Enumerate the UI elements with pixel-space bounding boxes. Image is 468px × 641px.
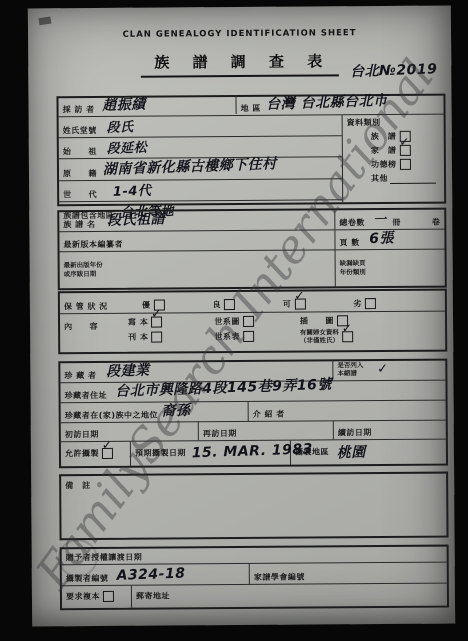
condition-fair-label: 可	[283, 299, 292, 310]
illustrations-label: 插 圖	[300, 316, 334, 326]
interviewee-label: 採 訪 者	[63, 104, 95, 115]
form-paper: CLAN GENEALOGY IDENTIFICATION SHEET 族 譜 …	[28, 6, 455, 627]
section-basic-info: 採 訪 者 趙振績 地 區 台灣 台北縣台北市 姓氏堂號 段氏 始 祖 段延松	[56, 94, 446, 207]
region-label: 地 區	[241, 103, 261, 114]
publication-year-label-line1: 最新出版年份	[64, 261, 103, 269]
first-ancestor-label: 始 祖	[63, 146, 97, 157]
volumes-unit-ce: 冊	[392, 217, 401, 228]
printed-edition-label: 刊 本	[128, 333, 148, 343]
pedigree-chart-checkbox	[243, 316, 254, 327]
request-copy-checkbox	[103, 591, 114, 602]
latest-compiler-label: 最新版本編纂者	[63, 239, 123, 250]
manuscript-checkbox: ✓	[151, 317, 162, 328]
category-family-genealogy-checkbox: ✓	[399, 145, 410, 156]
introducer-label: 介 紹 者	[253, 409, 285, 420]
pedigree-table-label: 世系表	[214, 332, 240, 342]
section-numbering: 贈予者授權讓渡日期 攝製者編號 A324-18 家譜學會編號 要求複本 郵寄地址	[60, 545, 449, 611]
genealogy-title-value: 段氏祖譜	[107, 208, 166, 230]
condition-good-checkbox	[224, 299, 235, 310]
holder-label: 珍 藏 者	[64, 370, 96, 381]
pedigree-chart-label: 世系圖	[214, 317, 240, 327]
surname-hall-label: 姓氏堂號	[63, 125, 97, 136]
remarks-label: 備 註	[65, 480, 91, 491]
total-volumes-value: 一	[372, 209, 386, 228]
category-merit-board-label: 功德榜	[371, 159, 397, 170]
origin-label: 原 籍	[63, 168, 97, 179]
category-merit-board-checkbox	[399, 159, 410, 170]
contents-label: 內 容	[64, 321, 128, 332]
category-other-blank-line	[390, 174, 436, 184]
category-label: 資料類別	[347, 117, 440, 129]
check-mark: ✓	[102, 439, 112, 451]
missing-pages-label-line2: 年份類別	[340, 268, 366, 276]
interviewee-value: 趙振績	[102, 94, 146, 115]
pages-label: 頁 數	[339, 237, 359, 248]
filmer-number-value: A324-18	[116, 566, 185, 584]
expected-filming-date-value: 15. MAR. 1983	[191, 441, 313, 461]
filming-permission-checkbox: ✓	[102, 448, 113, 459]
form-header-english: CLAN GENEALOGY IDENTIFICATION SHEET	[28, 28, 451, 41]
condition-excellent-label: 優	[142, 300, 151, 311]
pedigree-table-checkbox	[243, 331, 254, 342]
printed-edition-checkbox	[151, 332, 162, 343]
first-ancestor-value: 段延松	[106, 137, 147, 157]
condition-poor-label: 劣	[353, 298, 362, 309]
check-mark: ✓	[399, 136, 409, 148]
filming-region-value: 桃園	[336, 441, 366, 462]
women-data-label-line2: （非僅姓氏）	[300, 336, 339, 344]
expected-filming-date-label: 預期攝製日期	[135, 447, 186, 458]
total-volumes-label: 總卷數	[339, 217, 365, 228]
category-other-label: 其他	[371, 173, 388, 184]
holder-position-label: 珍藏者在(家)族中之地位	[65, 410, 158, 422]
category-clan-genealogy-label: 族 譜	[371, 131, 397, 142]
filmer-number-label: 攝製者編號	[66, 573, 109, 584]
manuscript-label: 寫 本	[128, 318, 148, 328]
generations-value: 1-4代	[113, 180, 152, 200]
holder-value: 段建業	[106, 360, 150, 381]
microfilm-inclusion-check: ✓	[377, 361, 389, 376]
check-mark: ✓	[294, 290, 304, 302]
missing-pages-label-line1: 缺漏缺頁	[340, 260, 366, 268]
genealogy-title-label: 族 譜 名	[63, 219, 95, 230]
condition-label: 保 管 狀 況	[64, 301, 142, 313]
section-remarks: 備 註	[59, 472, 448, 541]
followup-visit-date-label: 續訪日期	[338, 427, 372, 438]
scan-artifact-corner	[38, 17, 51, 26]
mailing-address-label: 郵寄地址	[136, 591, 170, 602]
condition-poor-checkbox	[365, 298, 376, 309]
section-volume-info: 族 譜 名 段氏祖譜 最新版本編纂者 最新出版年份 或序跋日期	[57, 208, 447, 291]
scan-background: CLAN GENEALOGY IDENTIFICATION SHEET 族 譜 …	[0, 0, 468, 641]
form-title-chinese: 族 譜 調 查 表	[140, 50, 339, 77]
category-family-genealogy-label: 家 譜	[371, 145, 397, 156]
section-holder-info: 珍 藏 者 段建業 是否列入 本縮譜 ✓ 珍藏者住址 台北市興隆路4段145巷9…	[58, 359, 448, 469]
filming-permission-label: 允許攝製	[65, 448, 99, 459]
catalog-number-handwritten: 台北№2019	[349, 58, 437, 81]
microfilm-inclusion-label-line2: 本縮譜	[337, 369, 363, 377]
surname-hall-value: 段氏	[106, 116, 134, 136]
holder-position-value: 裔孫	[161, 400, 191, 421]
region-value: 台灣 台北縣台北市	[266, 90, 388, 114]
pages-value: 6張	[369, 227, 394, 248]
publication-year-label-line2: 或序跋日期	[64, 269, 103, 277]
volumes-unit-juan: 卷	[432, 217, 441, 228]
section-condition-contents: 保 管 狀 況 優 良 可 ✓ 劣 內 容	[58, 289, 447, 355]
women-data-checkbox: ✓	[342, 331, 353, 342]
check-mark: ✓	[342, 322, 352, 334]
check-mark: ✓	[151, 308, 161, 320]
donor-transfer-date-label: 贈予者授權讓渡日期	[66, 552, 143, 564]
condition-good-label: 良	[212, 299, 221, 310]
first-visit-date-label: 初訪日期	[65, 429, 99, 440]
genealogy-society-number-label: 家譜學會編號	[254, 572, 305, 583]
generations-label: 世 代	[63, 189, 97, 200]
condition-fair-checkbox: ✓	[294, 299, 305, 310]
microfilm-inclusion-label-line1: 是否列入	[337, 361, 363, 369]
second-visit-date-label: 再訪日期	[203, 428, 237, 439]
holder-address-label: 珍藏者住址	[65, 390, 108, 401]
request-copy-label: 要求複本	[66, 591, 100, 602]
